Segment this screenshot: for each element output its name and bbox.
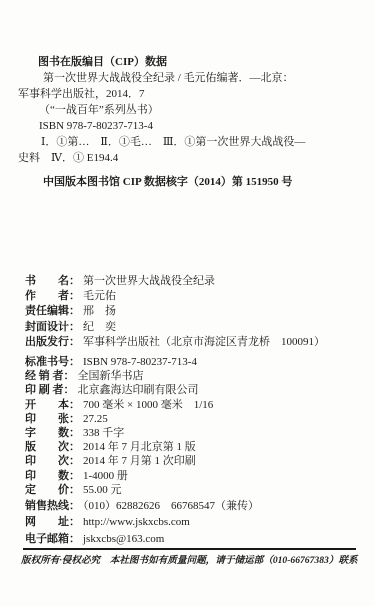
info-row: 标准书号：ISBN 978-7-80237-713-4: [25, 355, 367, 369]
info-row: 作 者：毛元佑: [25, 289, 367, 304]
divider-rule: [23, 548, 356, 550]
row-label: 封面设计：: [25, 321, 80, 333]
info-row: 字 数：338 千字: [25, 426, 367, 440]
row-value: 55.00 元: [83, 484, 122, 496]
info-row: 出版发行：军事科学出版社（北京市海淀区青龙桥 100091）: [25, 335, 367, 350]
info-row: 印 次：2014 年 7 月第 1 次印刷: [25, 454, 367, 468]
cip-line: Ⅰ．①第… Ⅱ．①毛… Ⅲ．①第一次世界大战战役—: [18, 134, 363, 150]
cip-heading: 图书在版编目（CIP）数据: [18, 54, 363, 70]
row-value: 第一次世界大战战役全纪录: [83, 275, 215, 287]
row-value: 纪 奕: [83, 321, 116, 333]
website-url: http://www.jskxcbs.com: [83, 516, 190, 528]
row-value: 338 千字: [83, 427, 124, 439]
row-value: 军事科学出版社（北京市海淀区青龙桥 100091）: [83, 336, 325, 348]
book-info-block: 书 名：第一次世界大战战役全纪录 作 者：毛元佑 责任编辑：邢 扬 封面设计：纪…: [25, 274, 367, 350]
cip-line: 第一次世界大战战役全纪录 / 毛元佑编著．—北京：: [18, 70, 363, 86]
row-value: 1-4000 册: [83, 470, 128, 482]
row-label: 作 者：: [25, 290, 80, 302]
row-label: 开 本：: [25, 399, 80, 411]
row-label: 版 次：: [25, 441, 80, 453]
row-label: 出版发行：: [25, 336, 80, 348]
row-value: 邢 扬: [83, 305, 116, 317]
cip-line: ISBN 978-7-80237-713-4: [18, 118, 363, 134]
row-label: 印 张：: [25, 413, 80, 425]
row-value: ISBN 978-7-80237-713-4: [83, 356, 197, 368]
row-label: 印 刷 者：: [25, 384, 75, 396]
row-value: 全国新华书店: [78, 370, 144, 382]
cip-record-number: 中国版本图书馆 CIP 数据核字（2014）第 151950 号: [18, 174, 363, 190]
cip-line: 军事科学出版社，2014．7: [18, 86, 363, 102]
info-row: 开 本：700 毫米 × 1000 毫米 1/16: [25, 398, 367, 412]
info-row: 书 名：第一次世界大战战役全纪录: [25, 274, 367, 289]
copyright-notice: 版权所有·侵权必究 本社图书如有质量问题，请于储运部（010-66767383）…: [21, 554, 369, 567]
row-label: 网 址：: [25, 516, 80, 528]
row-value: 27.25: [83, 413, 108, 425]
row-label: 经 销 者：: [25, 370, 75, 382]
book-copyright-page: 图书在版编目（CIP）数据 第一次世界大战战役全纪录 / 毛元佑编著．—北京： …: [0, 0, 375, 606]
row-value: 2014 年 7 月北京第 1 版: [83, 441, 196, 453]
row-label: 印 数：: [25, 470, 80, 482]
row-value: 2014 年 7 月第 1 次印刷: [83, 455, 196, 467]
info-row: 电子邮箱：jskxcbs@163.com: [25, 531, 367, 547]
info-row: 销售热线：（010）62882626 66768547（兼传）: [25, 498, 367, 514]
info-row: 印 刷 者：北京鑫海达印刷有限公司: [25, 383, 367, 397]
info-row: 印 张：27.25: [25, 412, 367, 426]
info-row: 封面设计：纪 奕: [25, 320, 367, 335]
info-row: 责任编辑：邢 扬: [25, 304, 367, 319]
row-label: 定 价：: [25, 484, 80, 496]
row-label: 责任编辑：: [25, 305, 80, 317]
row-label: 销售热线：: [25, 500, 80, 512]
info-row: 定 价：55.00 元: [25, 483, 367, 497]
row-label: 书 名：: [25, 275, 80, 287]
printing-info-block: 标准书号：ISBN 978-7-80237-713-4 经 销 者：全国新华书店…: [25, 355, 367, 497]
row-label: 字 数：: [25, 427, 80, 439]
email-address: jskxcbs@163.com: [83, 533, 164, 545]
info-row: 网 址：http://www.jskxcbs.com: [25, 514, 367, 530]
info-row: 版 次：2014 年 7 月北京第 1 版: [25, 440, 367, 454]
row-label: 标准书号：: [25, 356, 80, 368]
row-value: 北京鑫海达印刷有限公司: [78, 384, 199, 396]
contact-info-block: 销售热线：（010）62882626 66768547（兼传） 网 址：http…: [25, 498, 367, 547]
row-label: 电子邮箱：: [25, 533, 80, 545]
row-label: 印 次：: [25, 455, 80, 467]
cip-line: 史料 Ⅳ．① E194.4: [18, 150, 363, 166]
row-value: （010）62882626 66768547（兼传）: [83, 500, 259, 512]
info-row: 经 销 者：全国新华书店: [25, 369, 367, 383]
info-row: 印 数：1-4000 册: [25, 469, 367, 483]
cip-line: （“一战百年”系列丛书）: [18, 102, 363, 118]
cip-block: 图书在版编目（CIP）数据 第一次世界大战战役全纪录 / 毛元佑编著．—北京： …: [18, 54, 363, 190]
row-value: 毛元佑: [83, 290, 116, 302]
row-value: 700 毫米 × 1000 毫米 1/16: [83, 399, 213, 411]
